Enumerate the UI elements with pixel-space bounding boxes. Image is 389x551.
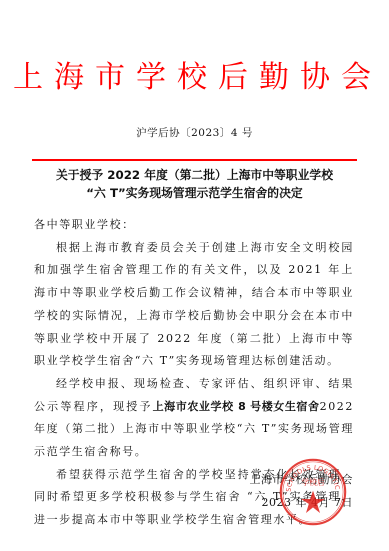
organization-header: 上海市学校后勤协会 — [0, 60, 389, 96]
document-number: 沪学后协〔2023〕4 号 — [0, 125, 389, 140]
salutation: 各中等职业学校： — [34, 214, 354, 237]
signature-date: 2023 年 4月 7日 — [250, 492, 354, 515]
document-title: 关于授予 2022 年度（第二批）上海市中等职业学校 “六 T”实务现场管理示范… — [0, 166, 389, 202]
paragraph-2: 经学校申报、现场检查、专家评估、组织评审、结果公示等程序，现授予上海市农业学校 … — [34, 373, 354, 464]
document-title-line-1: 关于授予 2022 年度（第二批）上海市中等职业学校 — [0, 166, 389, 184]
red-divider — [32, 159, 357, 161]
signature-block: 上海市学校后勤协会 2023 年 4月 7日 — [250, 469, 354, 514]
document-title-line-2: “六 T”实务现场管理示范学生宿舍的决定 — [0, 184, 389, 202]
awarded-dormitory: 上海市农业学校 8 号楼女生宿舍 — [153, 400, 320, 413]
paragraph-1: 根据上海市教育委员会关于创建上海市安全文明校园和加强学生宿舍管理工作的有关文件，… — [34, 237, 354, 373]
signature-organization: 上海市学校后勤协会 — [250, 469, 354, 492]
